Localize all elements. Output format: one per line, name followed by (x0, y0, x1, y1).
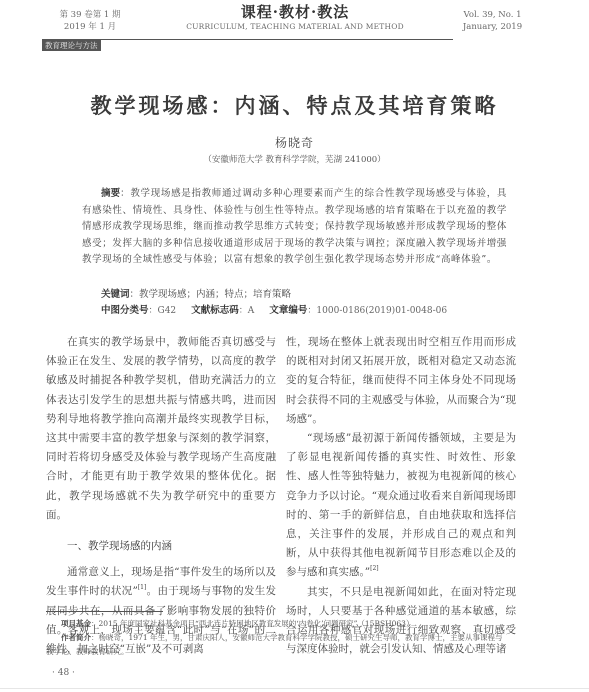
header-journal: 课程·教材·教法 CURRICULUM, TEACHING MATERIAL A… (160, 3, 430, 33)
bio-label: 作者简介 (61, 633, 91, 642)
keywords-label: 关键词 (101, 289, 130, 300)
clc-value: ：G42 (149, 306, 177, 316)
abstract-text: ：教学现场感是指教师通过调动多种心理要素而产生的综合性教学现场感受与体验，具有感… (82, 188, 507, 265)
volume-cn: 第 39 卷第 1 期 (45, 9, 135, 21)
article-no-value: ：1000-0186(2019)01-0048-06 (307, 306, 447, 316)
clc-label: 中图分类号 (101, 305, 149, 316)
body-column-right: 性，现场在整体上就表现出时空相互作用而形成的既相对封闭又拓展开放，既相对稳定又动… (286, 333, 516, 659)
section-tag: 教育理论与方法 (42, 40, 101, 51)
intro-paragraph: 在真实的教学场景中，教师能否真切感受与体验正在发生、发展的教学情势，以高度的教学… (46, 333, 276, 525)
article-no-label: 文章编号 (269, 305, 307, 316)
page-number: · 48 · (52, 668, 75, 678)
footnote-divider (46, 611, 163, 612)
fund-text: ：2015 年度国家社科基金项目“西北连片特困地区教育发展的‘内卷化’问题研究”… (91, 619, 413, 628)
paragraph-1-continued: 性，现场在整体上就表现出时空相互作用而形成的既相对封闭又拓展开放，既相对稳定又动… (286, 333, 516, 429)
date-cn: 2019 年 1 月 (45, 21, 135, 33)
journal-title-en: CURRICULUM, TEACHING MATERIAL AND METHOD (160, 21, 430, 33)
article-title: 教学现场感：内涵、特点及其培育策略 (0, 90, 589, 120)
bio-text: ：杨晓奇，1971 年生，男，甘肃庆阳人，安徽师范大学教育科学学院教授，硕士研究… (46, 633, 502, 656)
journal-page: 第 39 卷第 1 期 2019 年 1 月 课程·教材·教法 CURRICUL… (0, 0, 589, 689)
footnote-fund: 项目基金：2015 年度国家社科基金项目“西北连片特困地区教育发展的‘内卷化’问… (46, 617, 506, 631)
header-issue-en: Vol. 39, No. 1 January, 2019 (440, 9, 545, 33)
keywords-text: ：教学现场感；内涵；特点；培育策略 (130, 289, 292, 300)
classification-line: 中图分类号：G42 文献标志码：A 文章编号：1000-0186(2019)01… (101, 302, 447, 316)
header-divider (42, 39, 453, 40)
doc-code-label: 文献标志码 (191, 305, 239, 316)
fund-label: 项目基金 (61, 619, 91, 628)
paragraph-2: “现场感”最初源于新闻传播领域，主要是为了彰显电视新闻传播的真实性、时效性、形象… (286, 429, 516, 583)
author-affiliation: （安徽师范大学 教育科学学院，芜湖 241000） (0, 153, 589, 165)
section-heading-1: 一、教学现场感的内涵 (46, 537, 276, 556)
footnote-author-bio: 作者简介：杨晓奇，1971 年生，男，甘肃庆阳人，安徽师范大学教育科学学院教授，… (46, 631, 506, 659)
abstract-label: 摘要 (101, 188, 120, 199)
journal-title-cn: 课程·教材·教法 (160, 3, 430, 21)
article-author: 杨晓奇 (0, 134, 589, 151)
doc-code-value: ：A (239, 306, 255, 316)
keywords: 关键词：教学现场感；内涵；特点；培育策略 (101, 286, 291, 300)
date-en: January, 2019 (440, 21, 545, 33)
citation-2[interactable]: [2] (370, 565, 379, 572)
abstract: 摘要：教学现场感是指教师通过调动多种心理要素而产生的综合性教学现场感受与体验，具… (82, 186, 507, 269)
paragraph-2-text: “现场感”最初源于新闻传播领域，主要是为了彰显电视新闻传播的真实性、时效性、形象… (286, 432, 516, 578)
volume-en: Vol. 39, No. 1 (440, 9, 545, 21)
header-issue-cn: 第 39 卷第 1 期 2019 年 1 月 (45, 9, 135, 33)
